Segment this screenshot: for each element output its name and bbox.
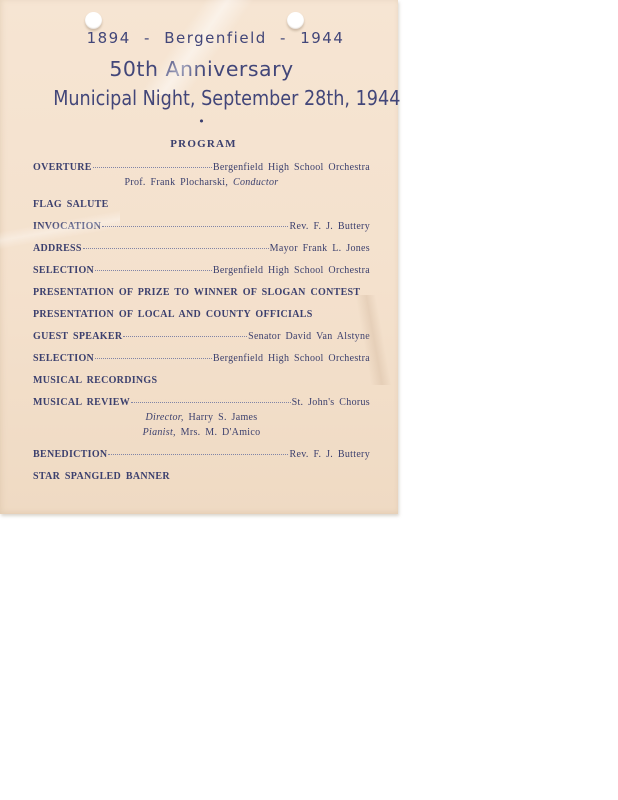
program-item: STAR SPANGLED BANNER [33,471,370,483]
program-item-value: Senator David Van Alstyne [248,331,370,343]
program-item-label: MUSICAL REVIEW [33,397,130,409]
program-subline: Pianist, Mrs. M. D'Amico [33,427,370,439]
program-item-label: GUEST SPEAKER [33,331,122,343]
program-item: OVERTUREBergenfield High School Orchestr… [33,162,370,174]
program-item-label: OVERTURE [33,162,92,174]
program-item-value: St. John's Chorus [292,397,370,409]
program-subline: Director, Harry S. James [33,412,370,424]
program-item-value: Bergenfield High School Orchestra [213,162,370,174]
program-item: MUSICAL RECORDINGS [33,375,370,387]
program-item-value: Rev. F. J. Buttery [289,221,370,233]
program-item-label: SELECTION [33,265,94,277]
dotted-leader [108,454,288,455]
subline-role-italic: Director, [146,412,184,423]
header-years-line: 1894 - Bergenfield - 1944 [47,0,384,46]
dotted-leader [93,167,212,168]
program-item-label: BENEDICTION [33,449,107,461]
program-item-value: Bergenfield High School Orchestra [213,353,370,365]
program-item: GUEST SPEAKERSenator David Van Alstyne [33,331,370,343]
anniversary-title: 50th Anniversary [33,58,370,80]
program-paper: 1894 - Bergenfield - 1944 50th Anniversa… [0,0,398,514]
program-item: ADDRESSMayor Frank L. Jones [33,243,370,255]
program-item-value: Bergenfield High School Orchestra [213,265,370,277]
dotted-leader [83,248,269,249]
program-item: PRESENTATION OF PRIZE TO WINNER OF SLOGA… [33,287,370,299]
dotted-leader [123,336,247,337]
subline-name: Prof. Frank Plocharski, [125,177,233,188]
program-item: FLAG SALUTE [33,199,370,211]
program-item: PRESENTATION OF LOCAL AND COUNTY OFFICIA… [33,309,370,321]
program-item-label: ADDRESS [33,243,82,255]
program-item: INVOCATIONRev. F. J. Buttery [33,221,370,233]
dotted-leader [95,270,212,271]
program-item-label: PRESENTATION OF PRIZE TO WINNER OF SLOGA… [33,287,360,299]
program-item-value: Mayor Frank L. Jones [270,243,370,255]
program-item: SELECTIONBergenfield High School Orchest… [33,265,370,277]
program-item-value: Rev. F. J. Buttery [289,449,370,461]
dotted-leader [102,226,288,227]
program-item: SELECTIONBergenfield High School Orchest… [33,353,370,365]
event-title: Municipal Night, September 28th, 1944 [53,87,350,109]
program-item: MUSICAL REVIEWSt. John's Chorus [33,397,370,409]
program-heading: PROGRAM [35,138,372,150]
program-item-label: PRESENTATION OF LOCAL AND COUNTY OFFICIA… [33,309,313,321]
program-item-label: INVOCATION [33,221,101,233]
subline-role-italic: Pianist, [143,427,176,438]
program-subline: Prof. Frank Plocharski, Conductor [33,177,370,189]
program-item-label: STAR SPANGLED BANNER [33,471,170,483]
separator-dot: • [33,118,370,126]
dotted-leader [131,402,291,403]
program-item-label: MUSICAL RECORDINGS [33,375,157,387]
program-item-label: FLAG SALUTE [33,199,109,211]
subline-name: Mrs. M. D'Amico [176,427,261,438]
program-item: BENEDICTIONRev. F. J. Buttery [33,449,370,461]
scan-background: 1894 - Bergenfield - 1944 50th Anniversa… [0,0,618,800]
program-item-label: SELECTION [33,353,94,365]
subline-name: Harry S. James [184,412,258,423]
program-list: OVERTUREBergenfield High School Orchestr… [33,162,370,483]
dotted-leader [95,358,212,359]
subline-role-italic: Conductor [233,177,278,188]
